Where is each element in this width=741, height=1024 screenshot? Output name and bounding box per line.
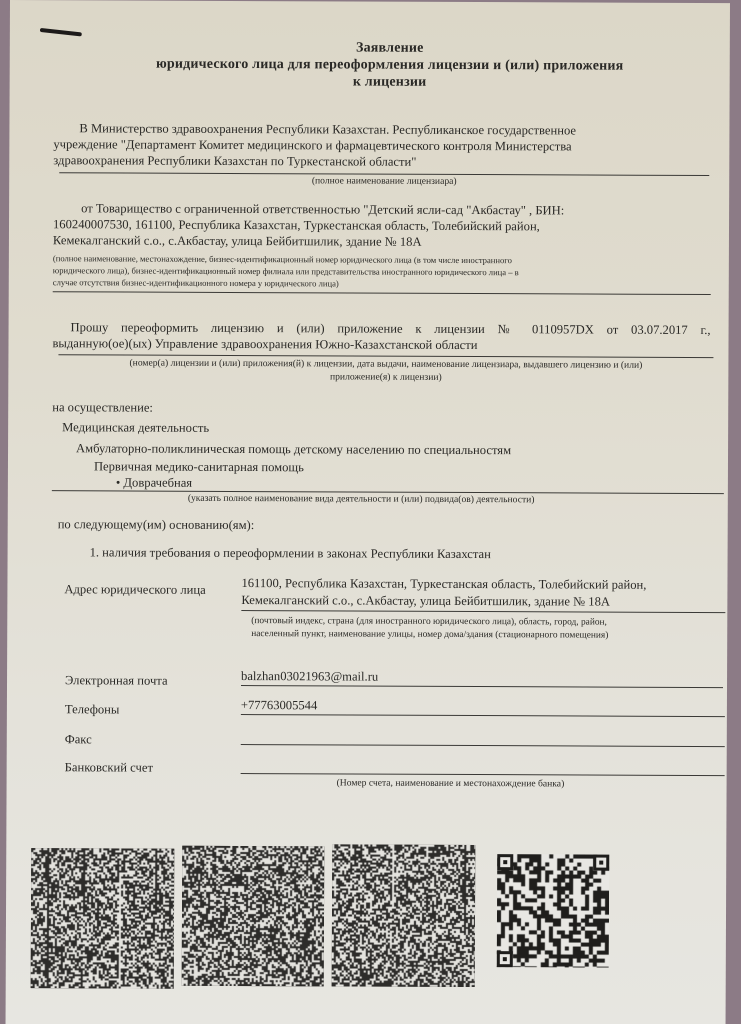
- bank-caption: (Номер счета, наименование и местонахожд…: [337, 777, 565, 790]
- grounds-item-1: 1. наличия требования о переоформлении в…: [90, 545, 491, 562]
- recipient-line-3: здравоохранения Республики Казахстан по …: [53, 153, 416, 170]
- activity-item-2: Амбулаторно-поликлиническая помощь детск…: [76, 441, 511, 458]
- activity-item-1: Медицинская деятельность: [62, 420, 209, 436]
- qr-finder: [497, 951, 513, 967]
- address-label: Адрес юридического лица: [64, 582, 205, 598]
- recipient-line-1: В Министерство здравоохранения Республик…: [79, 121, 576, 139]
- pen-mark: [40, 28, 82, 37]
- bank-underline: [241, 773, 725, 776]
- qr-code-icon: [497, 854, 609, 967]
- applicant-line-3: Кемекалганский с.о., с.Акбастау, улица Б…: [53, 233, 422, 250]
- applicant-caption-3: случае отсутствия бизнес-идентификационн…: [53, 276, 339, 289]
- grounds-label: по следующему(им) основанию(ям):: [58, 517, 255, 533]
- activity-label: на осуществление:: [52, 400, 153, 416]
- applicant-line-2: 160240007530, 161100, Республика Казахст…: [53, 217, 540, 235]
- document-page: Заявление юридического лица для переофор…: [6, 0, 730, 1024]
- applicant-line-1: от Товарищество с ограниченной ответстве…: [81, 201, 564, 219]
- recipient-caption: (полное наименование лицензиара): [59, 174, 709, 189]
- phones-value: +77763005544: [241, 698, 317, 714]
- qr-finder: [497, 854, 513, 870]
- document-subtitle: юридического лица для переоформления лиц…: [10, 56, 741, 75]
- email-label: Электронная почта: [65, 673, 168, 689]
- fax-label: Факс: [65, 732, 92, 748]
- barcode-icon: [182, 846, 325, 987]
- activity-caption: (указать полное наименование вида деятел…: [188, 493, 535, 507]
- document-subtitle-cont: к лицензии: [10, 73, 741, 92]
- email-value: balzhan03021963@mail.ru: [241, 669, 378, 685]
- bank-label: Банковский счет: [65, 760, 153, 776]
- barcode-icon: [31, 848, 175, 989]
- phones-underline: [241, 714, 725, 717]
- activity-item-3: Первичная медико-санитарная помощь: [94, 459, 304, 475]
- request-caption-2: приложение(я) к лицензии): [58, 370, 713, 385]
- address-caption-2: населенный пункт, наименование улицы, но…: [251, 628, 608, 642]
- fax-underline: [241, 744, 725, 747]
- applicant-underline: [53, 291, 711, 295]
- phones-label: Телефоны: [65, 702, 120, 718]
- request-line-2: выданную(ое)(ых) Управление здравоохране…: [52, 336, 477, 353]
- address-caption-1: (почтовый индекс, страна (для иностранно…: [251, 615, 607, 629]
- barcode-icon: [332, 844, 476, 987]
- qr-finder: [593, 855, 609, 871]
- email-underline: [241, 685, 723, 688]
- address-value-2: Кемекалганский с.о., с.Акбастау, улица Б…: [241, 593, 610, 610]
- address-value-1: 161100, Республика Казахстан, Туркестанс…: [241, 576, 646, 593]
- recipient-line-2: учреждение "Департамент Комитет медицинс…: [53, 137, 571, 155]
- address-underline: [241, 610, 725, 613]
- document-title: Заявление: [10, 39, 741, 58]
- activity-item-4: • Доврачебная: [116, 475, 192, 491]
